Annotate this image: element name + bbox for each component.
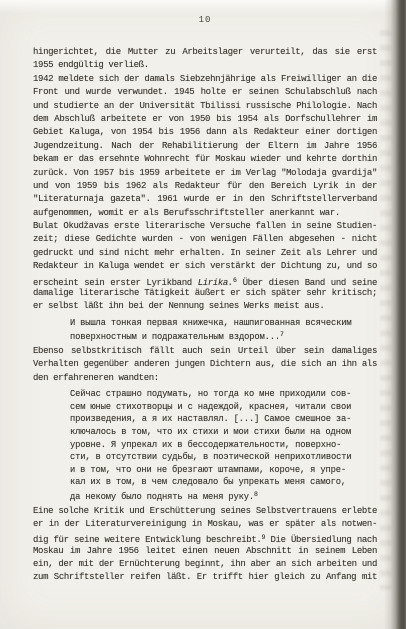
text-line: gedruckt und sind nicht mehr erhalten. I… [33, 247, 377, 260]
text-line: Eine solche Kritik und Erschütterung sei… [33, 505, 377, 518]
text-run: zurück. Von 1957 bis 1959 arbeitete er i… [33, 168, 377, 178]
text-run: произведения, а я их наставлял. [...] Са… [70, 414, 351, 424]
paragraph: Eine solche Kritik und Erschütterung sei… [33, 505, 377, 585]
text-run: damalige literarische Tätigkeit äußert e… [33, 288, 377, 298]
text-line: damalige literarische Tätigkeit äußert e… [33, 287, 377, 300]
text-run: уровне. Я упрекал их в бессодержательнос… [70, 440, 341, 450]
paragraph: 1942 meldete sich der damals Siebzehnjäh… [33, 73, 377, 220]
footnote-marker: 7 [280, 331, 284, 338]
text-run: und studierte an der Universität Tbiliss… [33, 101, 377, 111]
paragraph: Ebenso selbstkritisch fällt auch sein Ur… [33, 345, 377, 385]
text-line: уровне. Я упрекал их в бессодержательнос… [70, 439, 377, 452]
text-line: zurück. Von 1957 bis 1959 arbeitete er i… [33, 167, 377, 180]
scan-bleed-artifacts [380, 30, 392, 590]
text-run: den erfahreneren wandten: [33, 373, 159, 383]
text-run: Die Übersiedlung nach [265, 535, 377, 545]
text-line: und studierte an der Universität Tbiliss… [33, 100, 377, 113]
text-line: zum Schriftsteller reifen läßt. Er triff… [33, 571, 377, 584]
text-line: сем юные стихотворцы и с надеждой, красн… [70, 401, 377, 414]
text-run: ein, der mit der Ernüchterung beginnt, i… [33, 559, 377, 569]
scan-top-highlight [0, 0, 406, 14]
text-run: сти, в отсутствии судьбы, в поэтической … [70, 452, 352, 462]
scan-edge-shadow [384, 0, 406, 629]
text-line: Front und wurde verwundet. 1945 holte er… [33, 86, 377, 99]
text-line: erscheint sein erster Lyrikband Lirika.6… [33, 274, 377, 287]
text-run: bekam er das ersehnte Wohnrecht für Mosk… [33, 154, 377, 164]
text-run: zeit; diese Gedichte wurden - von wenige… [33, 234, 377, 244]
text-line: ключалось в том, что их стихи и мои стих… [70, 426, 377, 439]
text-run: Moskau im Jahre 1956 leitet einen neuen … [33, 546, 377, 556]
body-text: hingerichtet, die Mutter zu Arbeitslager… [33, 46, 377, 585]
text-run: Jugendzeitung. Nach der Rehabilitierung … [33, 141, 377, 151]
text-run: Ebenso selbstkritisch fällt auch sein Ur… [33, 346, 377, 356]
text-line: dig für seine weitere Entwicklung beschr… [33, 531, 377, 544]
text-line: Redakteur in Kaluga wendet er sich verst… [33, 260, 377, 273]
text-line: "Literaturnaja gazeta". 1961 wurde er in… [33, 193, 377, 206]
text-run: er selbst läßt ihn bei der Nennung seine… [33, 301, 324, 311]
text-line: aufgenommen, womit er als Berufsschrifts… [33, 207, 377, 220]
text-line: 1942 meldete sich der damals Siebzehnjäh… [33, 73, 377, 86]
paragraph: hingerichtet, die Mutter zu Arbeitslager… [33, 46, 377, 73]
text-line: Verhalten gegenüber anderen jungen Dicht… [33, 358, 377, 371]
text-line: И вышла тонкая первая книжечка, нашпигов… [70, 317, 377, 330]
text-run: Gebiet Kaluga, von 1954 bis 1956 dann al… [33, 127, 377, 137]
page-number: 10 [33, 15, 377, 25]
text-line: ein, der mit der Ernüchterung beginnt, i… [33, 558, 377, 571]
paragraph: Bulat Okudžavas erste literarische Versu… [33, 220, 377, 314]
text-run: Front und wurde verwundet. 1945 holte er… [33, 87, 377, 97]
text-run: и в том, что они не брезгают штампами, к… [70, 465, 346, 475]
text-line: Jugendzeitung. Nach der Rehabilitierung … [33, 140, 377, 153]
text-run: er in der Literaturvereinigung in Moskau… [33, 519, 377, 529]
text-run: да некому было поднять на меня руку. [70, 492, 254, 502]
text-line: и в том, что они не брезгают штампами, к… [70, 464, 377, 477]
footnote-marker: 8 [254, 491, 258, 498]
block-quote: И вышла тонкая первая книжечка, нашпигов… [70, 317, 377, 342]
text-run: 1955 endgültig verließ. [33, 60, 149, 70]
text-line: zeit; diese Gedichte wurden - von wenige… [33, 233, 377, 246]
text-run: zum Schriftsteller reifen läßt. Er triff… [33, 572, 377, 582]
text-line: кал их в том, в чем следовало бы упрекат… [70, 476, 377, 489]
text-run: gedruckt und sind nicht mehr erhalten. I… [33, 248, 377, 258]
text-line: er selbst läßt ihn bei der Nennung seine… [33, 300, 377, 313]
text-run: und von 1959 bis 1962 als Redakteur für … [33, 181, 377, 191]
text-line: 1955 endgültig verließ. [33, 59, 377, 72]
text-run: dig für seine weitere Entwicklung beschr… [33, 535, 261, 545]
text-line: hingerichtet, die Mutter zu Arbeitslager… [33, 46, 377, 59]
text-line: произведения, а я их наставлял. [...] Са… [70, 413, 377, 426]
text-run: Bulat Okudžavas erste literarische Versu… [33, 221, 377, 231]
text-run: поверхностным и подражательным вздором..… [70, 332, 280, 342]
text-run: hingerichtet, die Mutter zu Arbeitslager… [33, 47, 377, 57]
text-line: Bulat Okudžavas erste literarische Versu… [33, 220, 377, 233]
text-line: Gebiet Kaluga, von 1954 bis 1956 dann al… [33, 126, 377, 139]
text-line: Moskau im Jahre 1956 leitet einen neuen … [33, 545, 377, 558]
text-line: да некому было поднять на меня руку.8 [70, 489, 377, 502]
text-run: "Literaturnaja gazeta". 1961 wurde er in… [33, 194, 377, 204]
text-run: сем юные стихотворцы и с надеждой, красн… [70, 402, 351, 412]
text-line: Ebenso selbstkritisch fällt auch sein Ur… [33, 345, 377, 358]
text-run: ключалось в том, что их стихи и мои стих… [70, 427, 351, 437]
text-line: und von 1959 bis 1962 als Redakteur für … [33, 180, 377, 193]
page: 10 hingerichtet, die Mutter zu Arbeitsla… [0, 0, 406, 629]
text-line: den erfahreneren wandten: [33, 372, 377, 385]
text-line: сти, в отсутствии судьбы, в поэтической … [70, 451, 377, 464]
text-line: er in der Literaturvereinigung in Moskau… [33, 518, 377, 531]
block-quote: Сейчас страшно подумать, но тогда ко мне… [70, 388, 377, 501]
text-line: Сейчас страшно подумать, но тогда ко мне… [70, 388, 377, 401]
text-run: Сейчас страшно подумать, но тогда ко мне… [70, 389, 351, 399]
text-run: aufgenommen, womit er als Berufsschrifts… [33, 208, 340, 218]
text-run: 1942 meldete sich der damals Siebzehnjäh… [33, 74, 377, 84]
text-line: поверхностным и подражательным вздором..… [70, 329, 377, 342]
text-line: dem Abschluß arbeitete er von 1950 bis 1… [33, 113, 377, 126]
text-run: И вышла тонкая первая книжечка, нашпигов… [70, 318, 352, 328]
text-run: Redakteur in Kaluga wendet er sich verst… [33, 261, 377, 271]
text-run: dem Abschluß arbeitete er von 1950 bis 1… [33, 114, 377, 124]
text-run: Eine solche Kritik und Erschütterung sei… [33, 506, 377, 516]
text-run: кал их в том, в чем следовало бы упрекат… [70, 477, 346, 487]
text-run: Verhalten gegenüber anderen jungen Dicht… [33, 359, 377, 369]
text-line: bekam er das ersehnte Wohnrecht für Mosk… [33, 153, 377, 166]
